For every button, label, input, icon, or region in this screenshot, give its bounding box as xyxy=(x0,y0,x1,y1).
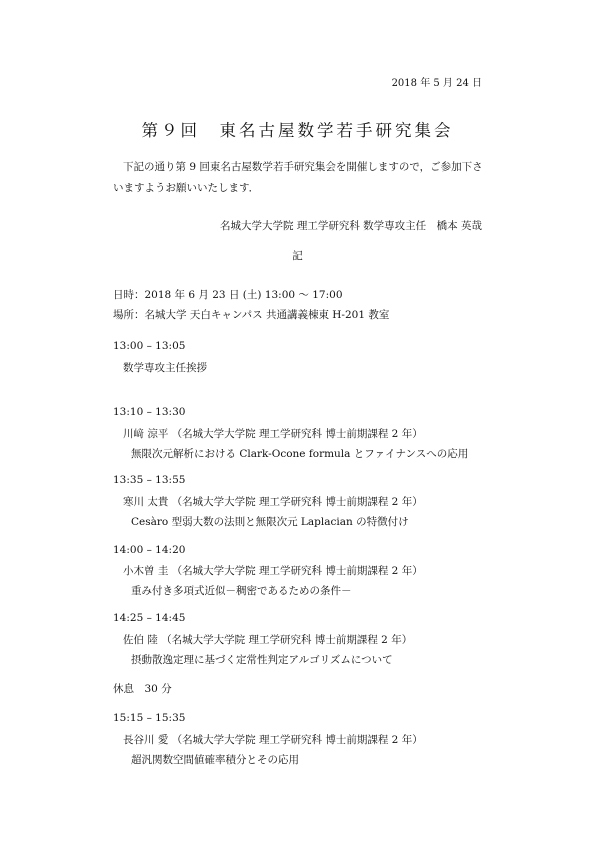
program-time: 14:00 – 14:20 xyxy=(113,544,185,556)
talk-title: 重み付き多項式近似－稠密であるための条件－ xyxy=(131,583,352,598)
program-time: 15:15 – 15:35 xyxy=(113,712,185,724)
speaker: 長谷川 愛 （名城大学大学院 理工学研究科 博士前期課程 2 年） xyxy=(123,732,423,747)
speaker: 小木曽 圭 （名城大学大学院 理工学研究科 博士前期課程 2 年） xyxy=(123,563,423,578)
speaker: 川﨑 涼平 （名城大学大学院 理工学研究科 博士前期課程 2 年） xyxy=(123,426,423,441)
document-date: 2018 年 5 月 24 日 xyxy=(392,74,482,89)
program-item: 数学専攻主任挨拶 xyxy=(123,360,207,375)
speaker: 佐伯 陸 （名城大学大学院 理工学研究科 博士前期課程 2 年） xyxy=(123,632,412,647)
break-line: 休息 30 分 xyxy=(113,681,172,696)
program-time: 13:00 – 13:05 xyxy=(113,340,185,352)
talk-title: Cesàro 型弱大数の法則と無限次元 Laplacian の特徴付け xyxy=(131,514,409,529)
datetime-line: 日時：2018 年 6 月 23 日 (土) 13:00 ～ 17:00 xyxy=(113,287,343,302)
ki-heading: 記 xyxy=(0,248,595,263)
speaker: 寒川 太貴 （名城大学大学院 理工学研究科 博士前期課程 2 年） xyxy=(123,494,423,509)
program-time: 14:25 – 14:45 xyxy=(113,612,185,624)
place-line: 場所：名城大学 天白キャンパス 共通講義棟東 H-201 教室 xyxy=(113,307,389,322)
talk-title: 摂動散逸定理に基づく定常性判定アルゴリズムについて xyxy=(131,652,393,667)
talk-title: 無限次元解析における Clark-Ocone formula とファイナンスへの… xyxy=(131,446,468,461)
program-time: 13:35 – 13:55 xyxy=(113,474,185,486)
document-title: 第９回 東名古屋数学若手研究集会 xyxy=(0,117,595,141)
signature: 名城大学大学院 理工学研究科 数学専攻主任 橋本 英哉 xyxy=(220,218,482,233)
intro-paragraph: 下記の通り第 9 回東名古屋数学若手研究集会を開催しますので，ご参加下さいますよ… xyxy=(113,157,483,199)
talk-title: 超汎関数空間値確率積分とその応用 xyxy=(131,752,299,767)
program-time: 13:10 – 13:30 xyxy=(113,406,185,418)
